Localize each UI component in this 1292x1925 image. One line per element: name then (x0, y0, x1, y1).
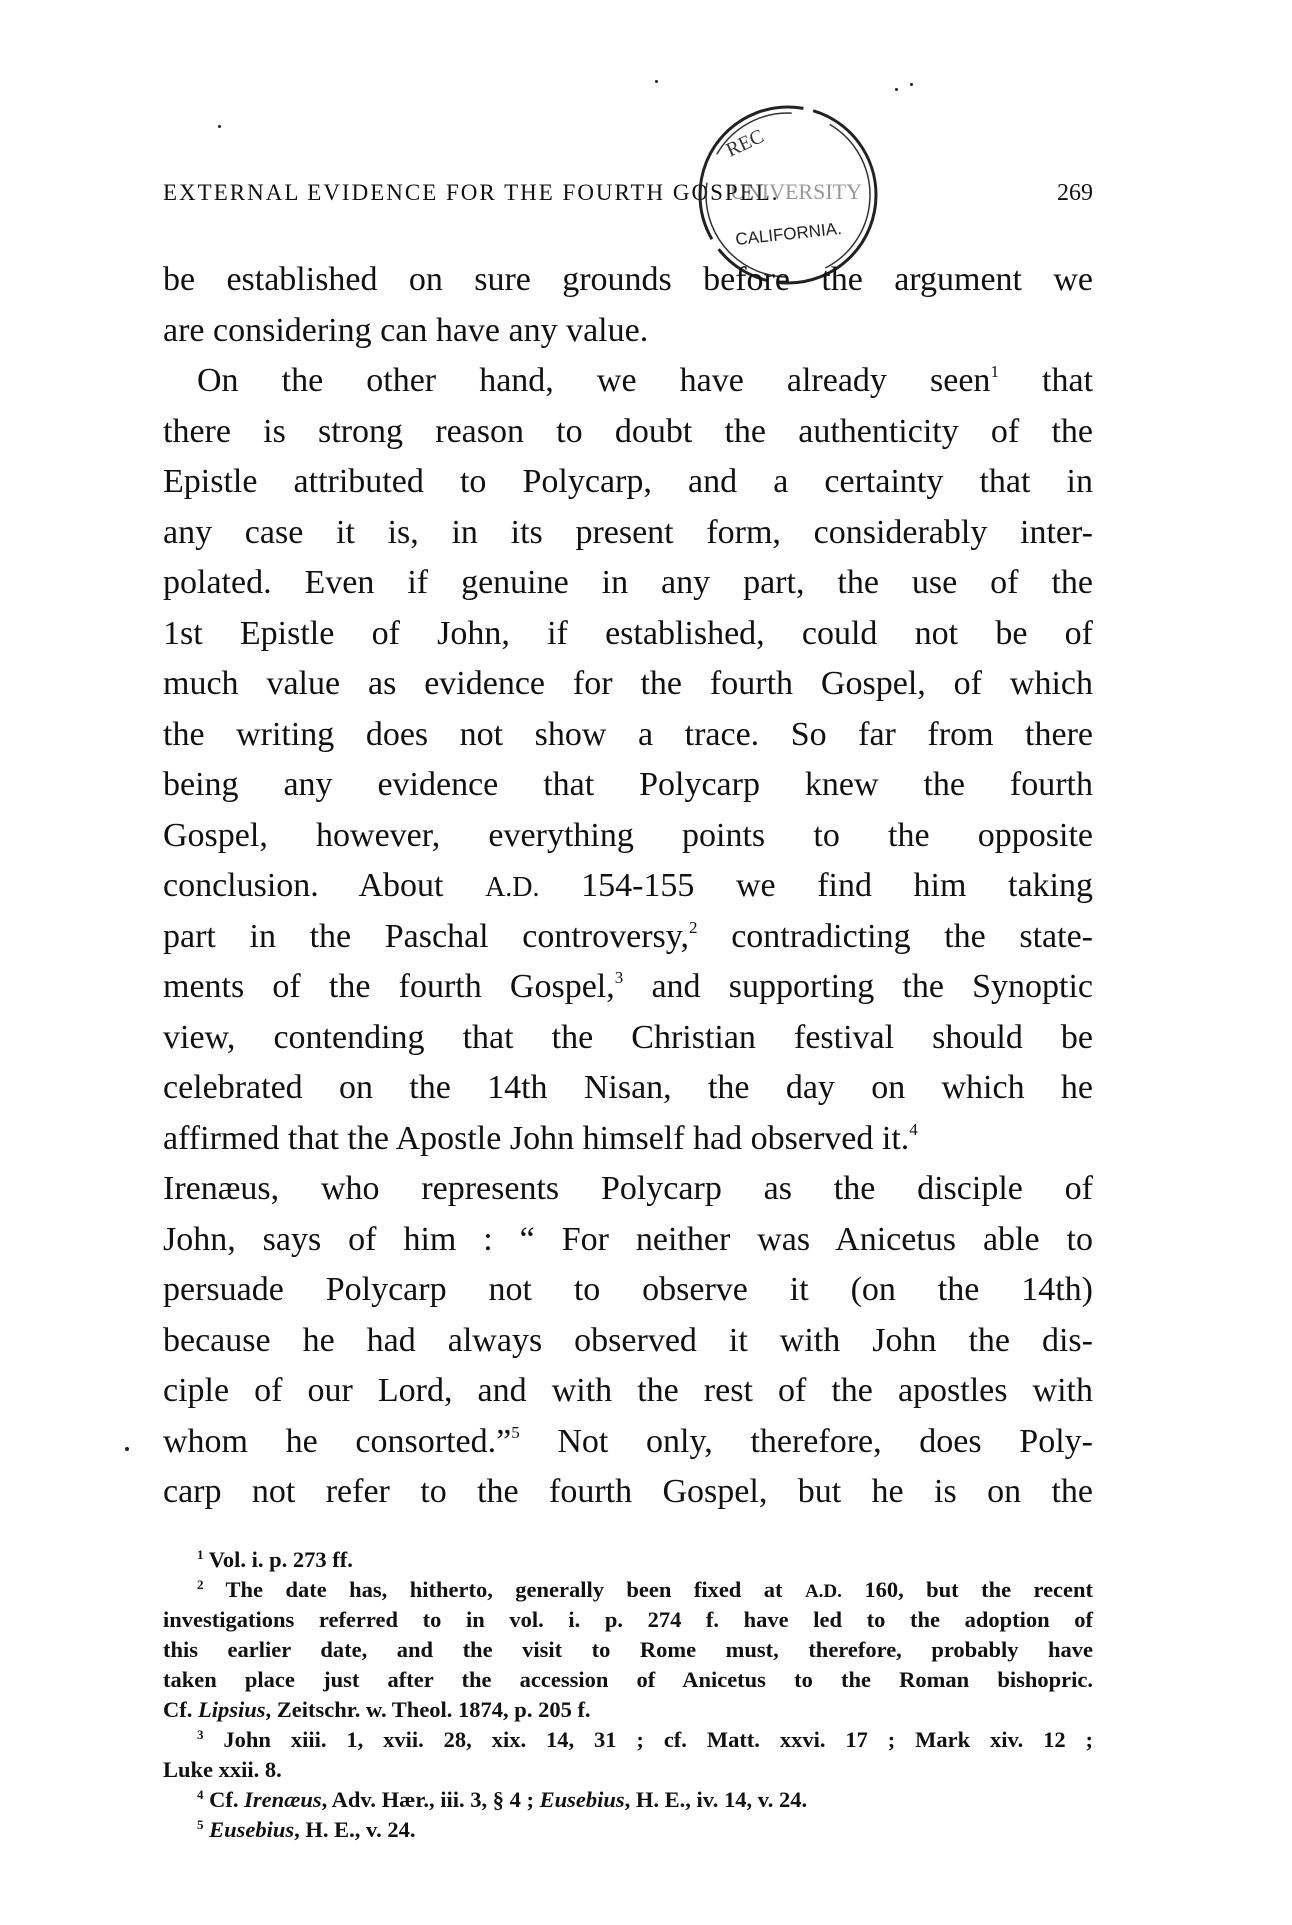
text-line: view, contending that the Christian fest… (163, 1013, 1093, 1064)
speck-mark (218, 125, 221, 128)
footnote-ref[interactable]: 3 (615, 968, 624, 987)
text-line: conclusion. About A.D. 154-155 we find h… (163, 861, 1093, 912)
page-number: 269 (1057, 180, 1093, 207)
footnote-ref[interactable]: 5 (511, 1423, 520, 1442)
text-line: the writing does not show a trace. So fa… (163, 710, 1093, 761)
svg-text:CALIFORNIA.: CALIFORNIA. (734, 219, 842, 249)
speck-mark (895, 88, 898, 91)
book-page: EXTERNAL EVIDENCE FOR THE FOURTH GOSPEL.… (0, 0, 1292, 1925)
text-line: because he had always observed it with J… (163, 1316, 1093, 1367)
text-line: there is strong reason to doubt the auth… (163, 407, 1093, 458)
footnote-5: 5 Eusebius, H. E., v. 24. (163, 1815, 1093, 1845)
footnote-2: 2 The date has, hitherto, generally been… (163, 1575, 1093, 1605)
speck-mark (655, 80, 658, 83)
text-line: polated. Even if genuine in any part, th… (163, 558, 1093, 609)
text-line: celebrated on the 14th Nisan, the day on… (163, 1063, 1093, 1114)
main-text: be established on sure grounds before th… (163, 255, 1093, 1518)
text-line: affirmed that the Apostle John himself h… (163, 1114, 1093, 1165)
text-line: being any evidence that Polycarp knew th… (163, 760, 1093, 811)
footnote-2-cont: investigations referred to in vol. i. p.… (163, 1605, 1093, 1635)
text-line: carp not refer to the fourth Gospel, but… (163, 1467, 1093, 1518)
text-line: much value as evidence for the fourth Go… (163, 659, 1093, 710)
footnote-2-cont: this earlier date, and the visit to Rome… (163, 1635, 1093, 1665)
svg-text:REC: REC (723, 125, 768, 161)
running-head: EXTERNAL EVIDENCE FOR THE FOURTH GOSPEL.… (163, 180, 1093, 220)
text-line: 1st Epistle of John, if established, cou… (163, 609, 1093, 660)
footnote-ref[interactable]: 1 (990, 362, 999, 381)
text-line: part in the Paschal controversy,2 contra… (163, 912, 1093, 963)
speck-mark (125, 1447, 129, 1451)
footnote-4: 4 Cf. Irenæus, Adv. Hær., iii. 3, § 4 ; … (163, 1785, 1093, 1815)
text-line: persuade Polycarp not to observe it (on … (163, 1265, 1093, 1316)
footnotes: 1 Vol. i. p. 273 ff. 2 The date has, hit… (163, 1545, 1093, 1845)
text-line: any case it is, in its present form, con… (163, 508, 1093, 559)
footnote-3: 3 John xiii. 1, xvii. 28, xix. 14, 31 ; … (163, 1725, 1093, 1755)
text-line: Gospel, however, everything points to th… (163, 811, 1093, 862)
text-line: ments of the fourth Gospel,3 and support… (163, 962, 1093, 1013)
text-line: whom he consorted.”5 Not only, therefore… (163, 1417, 1093, 1468)
footnote-1: 1 Vol. i. p. 273 ff. (163, 1545, 1093, 1575)
footnote-ref[interactable]: 2 (689, 918, 698, 937)
text-line: are considering can have any value. (163, 306, 1093, 357)
text-line: John, says of him : “ For neither was An… (163, 1215, 1093, 1266)
text-line: ciple of our Lord, and with the rest of … (163, 1366, 1093, 1417)
footnote-2-cont: Cf. Lipsius, Zeitschr. w. Theol. 1874, p… (163, 1695, 1093, 1725)
footnote-3-cont: Luke xxii. 8. (163, 1755, 1093, 1785)
text-line: be established on sure grounds before th… (163, 255, 1093, 306)
footnote-ref[interactable]: 4 (909, 1120, 918, 1139)
text-line: Epistle attributed to Polycarp, and a ce… (163, 457, 1093, 508)
running-head-title: EXTERNAL EVIDENCE FOR THE FOURTH GOSPEL. (163, 180, 780, 206)
footnote-2-cont: taken place just after the accession of … (163, 1665, 1093, 1695)
text-line: Irenæus, who represents Polycarp as the … (163, 1164, 1093, 1215)
speck-mark (910, 83, 913, 86)
text-line: On the other hand, we have already seen1… (163, 356, 1093, 407)
